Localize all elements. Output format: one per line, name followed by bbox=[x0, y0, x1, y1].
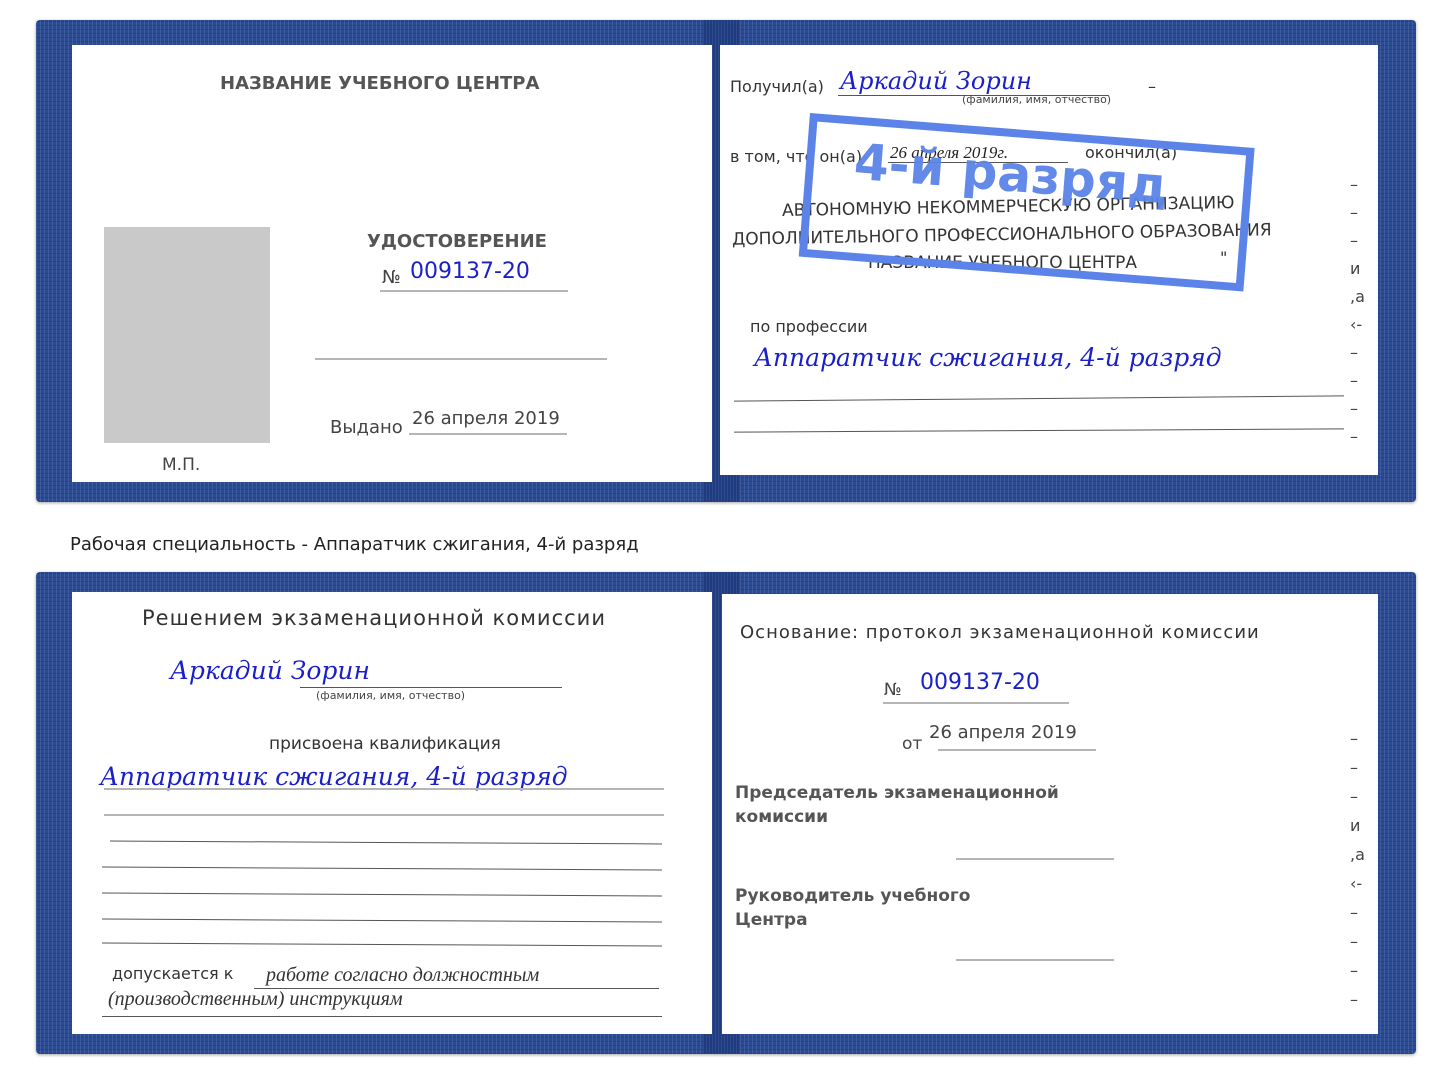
blank-line-2 bbox=[102, 867, 662, 871]
number-underline bbox=[380, 290, 568, 292]
chairman-signature-line bbox=[956, 858, 1114, 860]
certificate-left-page: НАЗВАНИЕ УЧЕБНОГО ЦЕНТРА М.П. УДОСТОВЕРЕ… bbox=[72, 45, 712, 482]
head-label-1: Руководитель учебного bbox=[735, 886, 970, 906]
edge-mark: – bbox=[1350, 427, 1358, 446]
admitted-value-1: работе согласно должностным bbox=[266, 964, 539, 987]
decision-title: Решением экзаменационной комиссии bbox=[142, 606, 606, 630]
qualification-label: присвоена квалификация bbox=[269, 734, 501, 754]
name-hint: (фамилия, имя, отчество) bbox=[962, 93, 1111, 106]
stamp-place-label: М.П. bbox=[162, 455, 200, 475]
date-label: от bbox=[902, 734, 922, 754]
number-label: № bbox=[884, 680, 902, 700]
blank-line-4 bbox=[102, 919, 662, 923]
qualification-underline-1 bbox=[104, 788, 664, 790]
edge-mark: – bbox=[1350, 903, 1358, 922]
head-label-2: Центра bbox=[735, 910, 808, 930]
edge-mark: ‹- bbox=[1350, 874, 1362, 893]
photo-placeholder bbox=[104, 227, 270, 443]
decision-right-page: Основание: протокол экзаменационной коми… bbox=[722, 594, 1378, 1034]
number-label: № bbox=[382, 267, 401, 288]
profession-value: Аппаратчик сжигания, 4-й разряд bbox=[754, 343, 1222, 372]
admitted-value-2: (производственным) инструкциям bbox=[108, 988, 403, 1011]
blank-line bbox=[315, 358, 607, 360]
edge-mark: ,а bbox=[1350, 287, 1365, 306]
profession-underline-1 bbox=[734, 395, 1344, 401]
edge-mark: и bbox=[1350, 816, 1360, 835]
edge-mark: – bbox=[1350, 175, 1358, 194]
edge-mark: – bbox=[1350, 990, 1358, 1009]
chairman-label-1: Председатель экзаменационной bbox=[735, 783, 1059, 803]
head-signature-line bbox=[956, 959, 1114, 961]
holder-name: Аркадий Зорин bbox=[170, 656, 370, 685]
admitted-underline-2 bbox=[102, 1016, 662, 1017]
edge-mark: – bbox=[1350, 343, 1358, 362]
basis-title: Основание: протокол экзаменационной коми… bbox=[740, 622, 1260, 643]
edge-mark: – bbox=[1350, 231, 1358, 250]
edge-mark: – bbox=[1350, 758, 1358, 777]
profession-label: по профессии bbox=[750, 317, 868, 336]
date-underline bbox=[938, 749, 1096, 751]
recipient-name: Аркадий Зорин bbox=[840, 67, 1032, 95]
edge-mark: ‹- bbox=[1350, 315, 1362, 334]
edge-mark: – bbox=[1350, 203, 1358, 222]
edge-mark: и bbox=[1350, 259, 1360, 278]
decision-left-page: Решением экзаменационной комиссии Аркади… bbox=[72, 592, 712, 1034]
name-hint: (фамилия, имя, отчество) bbox=[316, 689, 465, 702]
profession-underline-2 bbox=[734, 428, 1344, 432]
blank-line-1 bbox=[110, 841, 662, 845]
received-label: Получил(а) bbox=[730, 77, 824, 96]
edge-mark: – bbox=[1350, 399, 1358, 418]
edge-mark: – bbox=[1350, 729, 1358, 748]
issued-label: Выдано bbox=[330, 417, 403, 438]
dash-mark: – bbox=[1148, 77, 1156, 96]
number-underline bbox=[883, 702, 1069, 704]
edge-mark: ,а bbox=[1350, 845, 1365, 864]
stamp-text: 4-й разряд bbox=[852, 133, 1170, 216]
qualification-value: Аппаратчик сжигания, 4-й разряд bbox=[100, 762, 568, 791]
edge-mark: – bbox=[1350, 961, 1358, 980]
qualification-underline-2 bbox=[104, 814, 664, 816]
certificate-number: 009137-20 bbox=[410, 259, 530, 284]
issued-date: 26 апреля 2019 bbox=[412, 408, 560, 429]
name-underline bbox=[300, 687, 562, 688]
caption: Рабочая специальность - Аппаратчик сжига… bbox=[70, 534, 639, 555]
blank-line-3 bbox=[102, 893, 662, 897]
org-title: НАЗВАНИЕ УЧЕБНОГО ЦЕНТРА bbox=[220, 73, 539, 94]
blank-line-5 bbox=[102, 943, 662, 947]
document-title: УДОСТОВЕРЕНИЕ bbox=[367, 231, 547, 252]
protocol-number: 009137-20 bbox=[920, 670, 1040, 695]
protocol-date: 26 апреля 2019 bbox=[929, 722, 1077, 743]
edge-mark: – bbox=[1350, 932, 1358, 951]
edge-mark: – bbox=[1350, 787, 1358, 806]
admitted-label: допускается к bbox=[112, 964, 233, 983]
edge-mark: – bbox=[1350, 371, 1358, 390]
issued-underline bbox=[409, 433, 567, 435]
chairman-label-2: комиссии bbox=[735, 807, 828, 827]
